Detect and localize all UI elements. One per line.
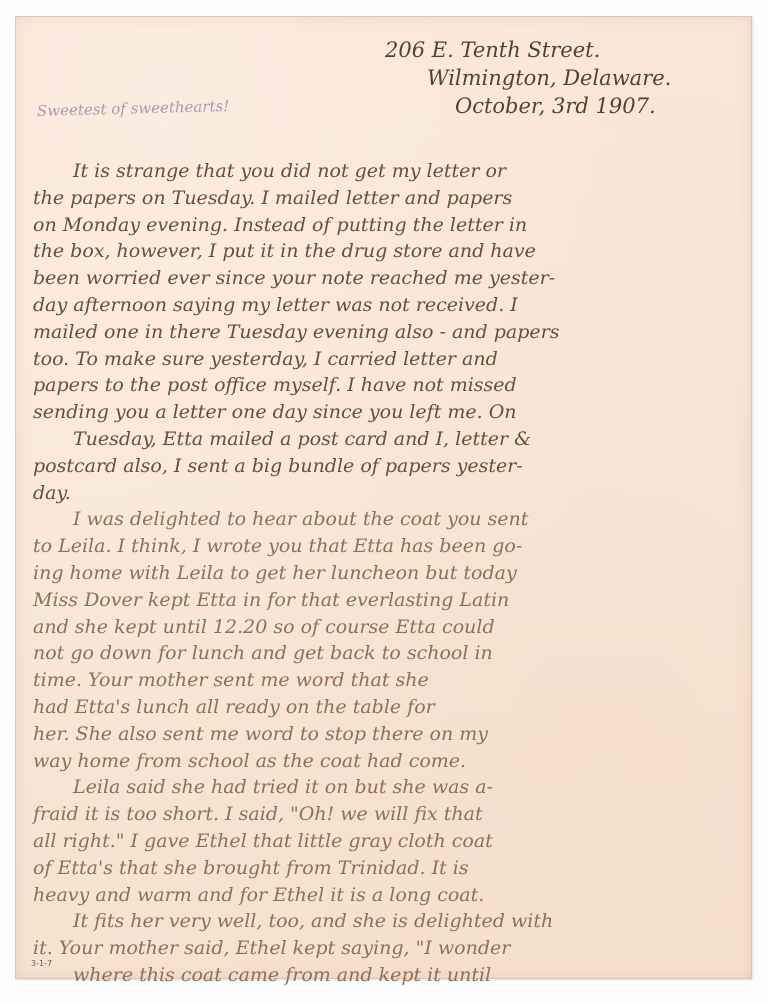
body-line: and she kept until 12.20 so of course Et… <box>33 614 763 641</box>
letter-sheet: 206 E. Tenth Street. Wilmington, Delawar… <box>15 16 752 979</box>
body-line: where this coat came from and kept it un… <box>33 962 763 989</box>
body-line: Tuesday, Etta mailed a post card and I, … <box>33 426 763 453</box>
letter-body: It is strange that you did not get my le… <box>33 158 763 989</box>
body-line: heavy and warm and for Ethel it is a lon… <box>33 882 763 909</box>
body-line: the papers on Tuesday. I mailed letter a… <box>33 185 763 212</box>
body-line: been worried ever since your note reache… <box>33 265 763 292</box>
body-line: all right." I gave Ethel that little gra… <box>33 828 763 855</box>
address-street: 206 E. Tenth Street. <box>385 36 745 64</box>
body-line: Miss Dover kept Etta in for that everlas… <box>33 587 763 614</box>
body-line: time. Your mother sent me word that she <box>33 667 763 694</box>
letter-date: October, 3rd 1907. <box>385 92 745 120</box>
body-line: had Etta's lunch all ready on the table … <box>33 694 763 721</box>
letterhead-address: 206 E. Tenth Street. Wilmington, Delawar… <box>385 36 745 120</box>
body-line: not go down for lunch and get back to sc… <box>33 640 763 667</box>
body-line: It is strange that you did not get my le… <box>33 158 763 185</box>
body-line: mailed one in there Tuesday evening also… <box>33 319 763 346</box>
body-line: it. Your mother said, Ethel kept saying,… <box>33 935 763 962</box>
pencil-salutation: Sweetest of sweethearts! <box>37 97 230 120</box>
archive-pencil-note: 3-1-7 <box>31 959 52 968</box>
body-line: It fits her very well, too, and she is d… <box>33 908 763 935</box>
body-line: to Leila. I think, I wrote you that Etta… <box>33 533 763 560</box>
body-line: too. To make sure yesterday, I carried l… <box>33 346 763 373</box>
body-line: postcard also, I sent a big bundle of pa… <box>33 453 763 480</box>
body-line: sending you a letter one day since you l… <box>33 399 763 426</box>
body-line: way home from school as the coat had com… <box>33 748 763 775</box>
body-line: I was delighted to hear about the coat y… <box>33 506 763 533</box>
body-line: her. She also sent me word to stop there… <box>33 721 763 748</box>
body-line: Leila said she had tried it on but she w… <box>33 774 763 801</box>
body-line: day afternoon saying my letter was not r… <box>33 292 763 319</box>
page: 206 E. Tenth Street. Wilmington, Delawar… <box>0 0 768 1002</box>
address-city: Wilmington, Delaware. <box>385 64 745 92</box>
body-line: ing home with Leila to get her luncheon … <box>33 560 763 587</box>
body-line: the box, however, I put it in the drug s… <box>33 238 763 265</box>
body-line: fraid it is too short. I said, "Oh! we w… <box>33 801 763 828</box>
body-line: day. <box>33 480 763 507</box>
body-line: papers to the post office myself. I have… <box>33 372 763 399</box>
body-line: of Etta's that she brought from Trinidad… <box>33 855 763 882</box>
body-line: on Monday evening. Instead of putting th… <box>33 212 763 239</box>
